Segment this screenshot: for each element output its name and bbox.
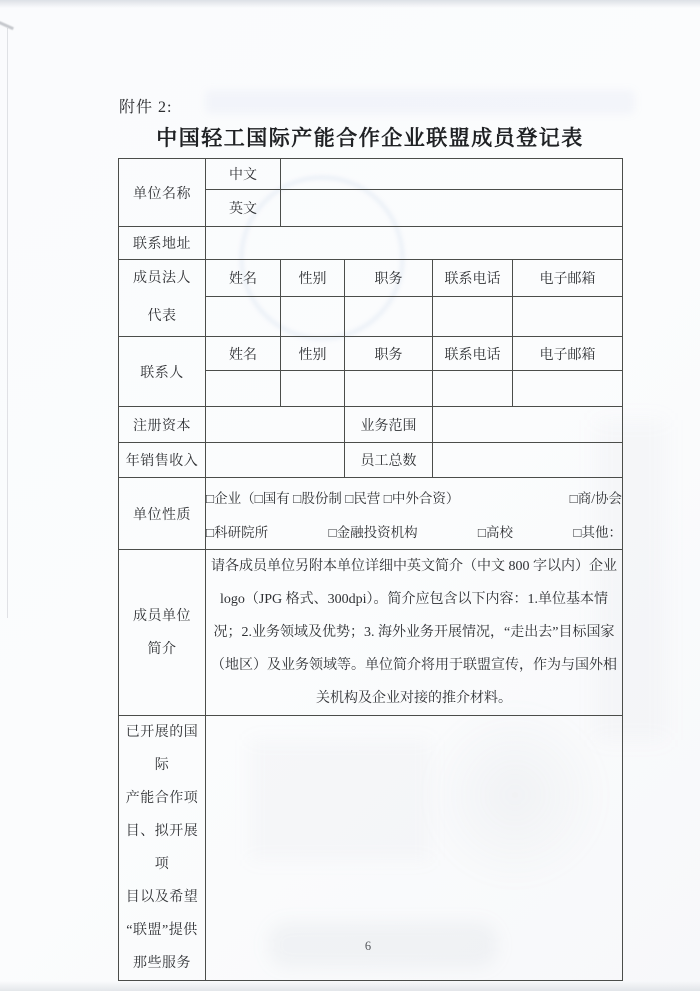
scanned-form-page: 附件 2: 中国轻工国际产能合作企业联盟成员登记表 单位名称 中文 英文 联系地… <box>0 0 700 991</box>
unit-name-en-value-cell <box>281 190 623 227</box>
projects-label-line3: 目、拟开展项 <box>126 824 199 872</box>
scan-edge-top <box>0 0 700 8</box>
checkbox-research-institute: □科研院所 <box>206 521 268 541</box>
legal-rep-position-cell <box>345 297 433 337</box>
member-profile-label: 成员单位 简介 <box>119 550 206 716</box>
contact-person-email-cell <box>513 371 623 407</box>
unit-name-label: 单位名称 <box>119 159 206 227</box>
checkbox-other: □其他： <box>573 521 622 541</box>
contact-person-header-phone: 联系电话 <box>433 337 513 371</box>
member-profile-label-line1: 成员单位 <box>133 609 191 624</box>
annual-sales-label: 年销售收入 <box>119 443 206 478</box>
legal-rep-label-line2: 代表 <box>148 309 177 324</box>
contact-person-header-gender: 性别 <box>281 337 345 371</box>
member-profile-label-line2: 简介 <box>148 642 177 657</box>
unit-name-cn-value-cell <box>281 159 623 190</box>
legal-rep-header-email: 电子邮箱 <box>513 260 623 297</box>
registration-form-table: 单位名称 中文 英文 联系地址 成员法人 代表 姓名 性别 职务 联系电话 电子… <box>118 158 623 981</box>
registered-capital-label: 注册资本 <box>119 407 206 443</box>
checkbox-chamber-association: □商/协会 <box>570 487 622 507</box>
checkbox-university: □高校 <box>478 521 513 541</box>
projects-label-line1: 已开展的国际 <box>126 725 199 773</box>
legal-rep-header-gender: 性别 <box>281 260 345 297</box>
legal-rep-label: 成员法人 代表 <box>119 260 206 337</box>
contact-person-header-name: 姓名 <box>206 337 281 371</box>
scan-crease <box>7 28 8 618</box>
projects-label-line5: “联盟”提供 <box>126 923 197 938</box>
projects-label-line4: 目以及希望 <box>126 890 199 905</box>
projects-label-line2: 产能合作项 <box>126 791 199 806</box>
total-employees-label: 员工总数 <box>345 443 433 478</box>
contact-address-label: 联系地址 <box>119 227 206 260</box>
legal-rep-name-cell <box>206 297 281 337</box>
scan-edge-bottom <box>0 981 700 991</box>
legal-rep-phone-cell <box>433 297 513 337</box>
contact-person-label: 联系人 <box>119 337 206 407</box>
contact-person-header-email: 电子邮箱 <box>513 337 623 371</box>
member-profile-instructions: 请各成员单位另附本单位详细中英文简介（中文 800 字以内）企业 logo（JP… <box>206 550 623 716</box>
unit-name-en-sublabel: 英文 <box>206 190 281 227</box>
registered-capital-value-cell <box>206 407 345 443</box>
contact-person-phone-cell <box>433 371 513 407</box>
unit-nature-line2: □科研院所 □金融投资机构 □高校 □其他： <box>206 514 622 548</box>
total-employees-value-cell <box>433 443 623 478</box>
unit-nature-label: 单位性质 <box>119 478 206 550</box>
legal-rep-email-cell <box>513 297 623 337</box>
scan-corner-notch <box>0 21 14 30</box>
attachment-label: 附件 2: <box>119 94 172 117</box>
legal-rep-gender-cell <box>281 297 345 337</box>
legal-rep-header-position: 职务 <box>345 260 433 297</box>
projects-label-line6: 那些服务 <box>133 956 191 971</box>
contact-person-header-position: 职务 <box>345 337 433 371</box>
ink-bleedthrough <box>205 90 635 114</box>
page-number: 6 <box>0 939 700 954</box>
business-scope-value-cell <box>433 407 623 443</box>
contact-person-gender-cell <box>281 371 345 407</box>
legal-rep-label-line1: 成员法人 <box>133 271 191 286</box>
unit-nature-line1: □企业（□国有 □股份制 □民营 □中外合资） □商/协会 <box>206 480 622 514</box>
business-scope-label: 业务范围 <box>345 407 433 443</box>
legal-rep-header-name: 姓名 <box>206 260 281 297</box>
contact-person-position-cell <box>345 371 433 407</box>
legal-rep-header-phone: 联系电话 <box>433 260 513 297</box>
unit-name-cn-sublabel: 中文 <box>206 159 281 190</box>
contact-address-value-cell <box>206 227 623 260</box>
checkbox-enterprise-group: □企业（□国有 □股份制 □民营 □中外合资） <box>206 487 459 507</box>
unit-nature-options: □企业（□国有 □股份制 □民营 □中外合资） □商/协会 □科研院所 □金融投… <box>206 478 623 550</box>
checkbox-financial-institution: □金融投资机构 <box>328 521 417 541</box>
annual-sales-value-cell <box>206 443 345 478</box>
form-title: 中国轻工国际产能合作企业联盟成员登记表 <box>118 122 622 152</box>
contact-person-name-cell <box>206 371 281 407</box>
